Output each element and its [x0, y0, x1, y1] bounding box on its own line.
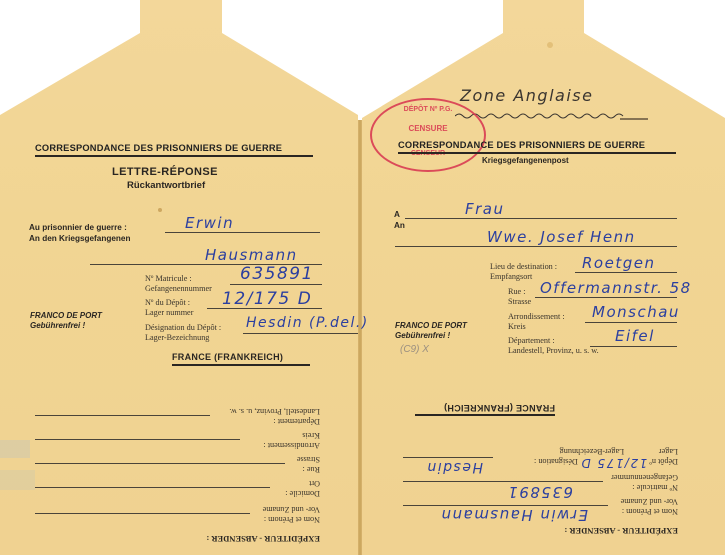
franco-de-port: FRANCO DE PORT Gebührenfrei ! [30, 311, 102, 331]
departement-value: Eifel [615, 327, 655, 345]
arrondissement-label: Arrondissement : Kreis [508, 312, 565, 332]
sender-title: EXPÉDITEUR - ABSENDER : [206, 533, 320, 544]
header-rule [35, 155, 313, 157]
depot-value: 12/175 D [222, 289, 312, 309]
kriegsgefangenenpost: Kriegsgefangenenpost [482, 156, 569, 165]
street-label: Rue : Strasse [508, 287, 531, 307]
country-label: FRANCE (FRANKREICH) [172, 352, 283, 362]
sender-matricule-value: 635891 [507, 483, 573, 501]
designation-value: Hesdin (P.del.) [246, 315, 369, 331]
recipient-label: Au prisonnier de guerre : An den Kriegsg… [29, 222, 130, 244]
departement-label: Département : Landestell, Provinz, u. s.… [508, 336, 599, 356]
sender-block-upside-down: EXPÉDITEUR - ABSENDER : Nom et Prénom : … [30, 388, 330, 548]
sender-name-value: Erwin Hausmann [440, 506, 588, 524]
pencil-mark: (C9) X [400, 344, 429, 355]
country-label-upside-down: FRANCE (FRANKREICH) [405, 400, 555, 416]
designation-label: Désignation du Dépôt : Lager-Bezeichnung [145, 323, 221, 343]
to-line-2: Wwe. Josef Henn [487, 228, 636, 246]
sender-depot-value: 12/175 D [580, 456, 647, 470]
matricule-value: 635891 [240, 264, 314, 284]
letter-title: LETTRE-RÉPONSE [112, 166, 218, 178]
center-fold [358, 120, 362, 555]
to-label: A An [394, 209, 405, 231]
destination-value: Roetgen [582, 254, 655, 272]
right-header: CORRESPONDANCE DES PRISONNIERS DE GUERRE [398, 140, 645, 150]
left-header: CORRESPONDANCE DES PRISONNIERS DE GUERRE [35, 143, 282, 153]
zone-note: Zone Anglaise [460, 86, 593, 105]
matricule-label: Nº Matricule : Gefangenennummer [145, 274, 212, 294]
sender-designation-value: Hesdin [426, 459, 483, 475]
franco-de-port-right: FRANCO DE PORT Gebührenfrei ! [395, 321, 467, 341]
to-line-1: Frau [465, 200, 505, 218]
street-value: Offermannstr. 58 [540, 279, 692, 297]
arrondissement-value: Monschau [592, 303, 680, 321]
letter-subtitle: Rückantwortbrief [127, 180, 205, 191]
recipient-last-name: Hausmann [205, 246, 298, 264]
wavy-underline [455, 112, 635, 120]
depot-label: Nº du Dépôt : Lager nummer [145, 298, 193, 318]
censorship-stamp: DÉPÔT Nº P.G. CENSURE CENSEUR [370, 98, 486, 172]
recipient-first-name: Erwin [185, 214, 234, 232]
right-sender-block-upside-down: EXPÉDITEUR - ABSENDER : Nom et Prénom : … [398, 430, 688, 540]
